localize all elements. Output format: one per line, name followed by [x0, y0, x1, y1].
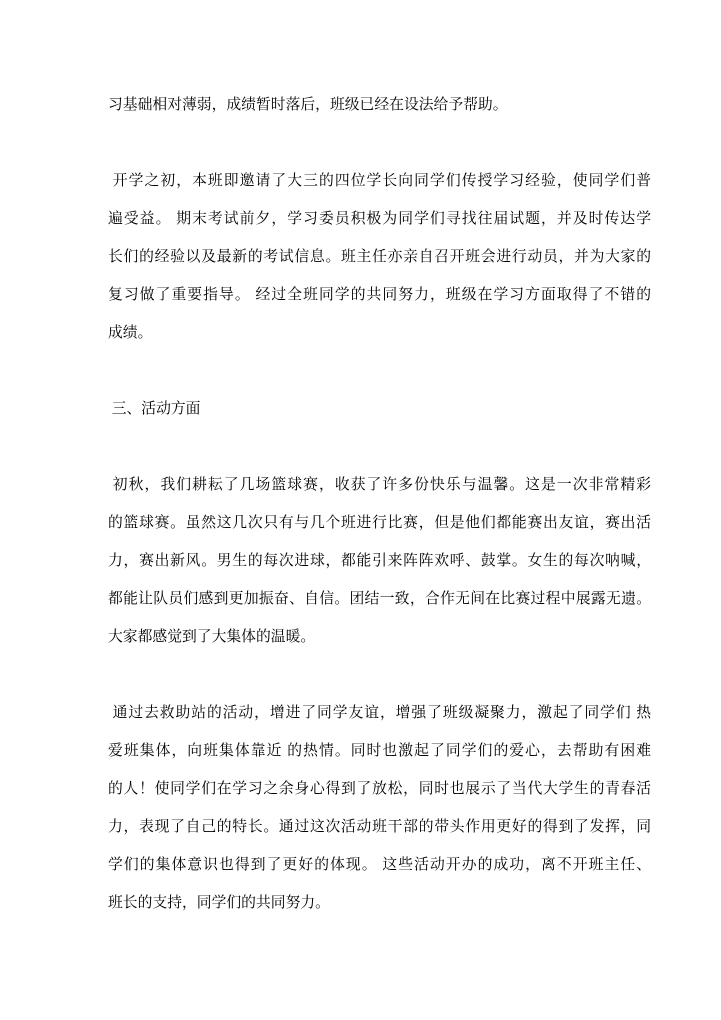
document-text-body: 习基础相对薄弱，成绩暂时落后，班级已经在设法给予帮助。 开学之初，本班即邀请了大…: [108, 86, 651, 922]
paragraph: 初秋，我们耕耘了几场篮球赛，收获了许多份快乐与温馨。这是一次非常精彩的篮球赛。虽…: [108, 466, 651, 656]
text-line: 长们的经验以及最新的考试信息。班主任亦亲自召开班会进行动员，并为大家的: [108, 238, 651, 276]
section-heading: 三、活动方面: [108, 390, 651, 428]
text-line: 遍受益。 期末考试前夕，学习委员积极为同学们寻找往届试题，并及时传达学: [108, 200, 651, 238]
text-line: 力，赛出新风。男生的每次进球，都能引来阵阵欢呼、鼓掌。女生的每次呐喊，: [108, 542, 651, 580]
paragraph: 通过去救助站的活动，增进了同学友谊，增强了班级凝聚力，激起了同学们 热爱班集体，…: [108, 694, 651, 922]
text-line: 复习做了重要指导。 经过全班同学的共同努力，班级在学习方面取得了不错的: [108, 276, 651, 314]
text-line: 初秋，我们耕耘了几场篮球赛，收获了许多份快乐与温馨。这是一次非常精彩: [108, 466, 651, 504]
text-line: 力，表现了自己的特长。通过这次活动班干部的带头作用更好的得到了发挥，同: [108, 808, 651, 846]
paragraph: 开学之初，本班即邀请了大三的四位学长向同学们传授学习经验，使同学们普遍受益。 期…: [108, 162, 651, 352]
text-line: 通过去救助站的活动，增进了同学友谊，增强了班级凝聚力，激起了同学们 热: [108, 694, 651, 732]
text-line: 三、活动方面: [108, 390, 651, 428]
text-line: 的篮球赛。虽然这几次只有与几个班进行比赛，但是他们都能赛出友谊，赛出活: [108, 504, 651, 542]
text-line: 学们的集体意识也得到了更好的体现。 这些活动开办的成功，离不开班主任、: [108, 846, 651, 884]
text-line: 开学之初，本班即邀请了大三的四位学长向同学们传授学习经验，使同学们普: [108, 162, 651, 200]
text-line: 大家都感觉到了大集体的温暖。: [108, 618, 651, 656]
document-page: 习基础相对薄弱，成绩暂时落后，班级已经在设法给予帮助。 开学之初，本班即邀请了大…: [0, 0, 721, 1020]
text-line: 成绩。: [108, 314, 651, 352]
text-line: 都能让队员们感到更加振奋、自信。团结一致，合作无间在比赛过程中展露无遗。: [108, 580, 651, 618]
text-line: 习基础相对薄弱，成绩暂时落后，班级已经在设法给予帮助。: [108, 86, 651, 124]
text-line: 班长的支持，同学们的共同努力。: [108, 884, 651, 922]
text-line: 的人！使同学们在学习之余身心得到了放松，同时也展示了当代大学生的青春活: [108, 770, 651, 808]
text-line: 爱班集体，向班集体靠近 的热情。同时也激起了同学们的爱心，去帮助有困难: [108, 732, 651, 770]
paragraph: 习基础相对薄弱，成绩暂时落后，班级已经在设法给予帮助。: [108, 86, 651, 124]
